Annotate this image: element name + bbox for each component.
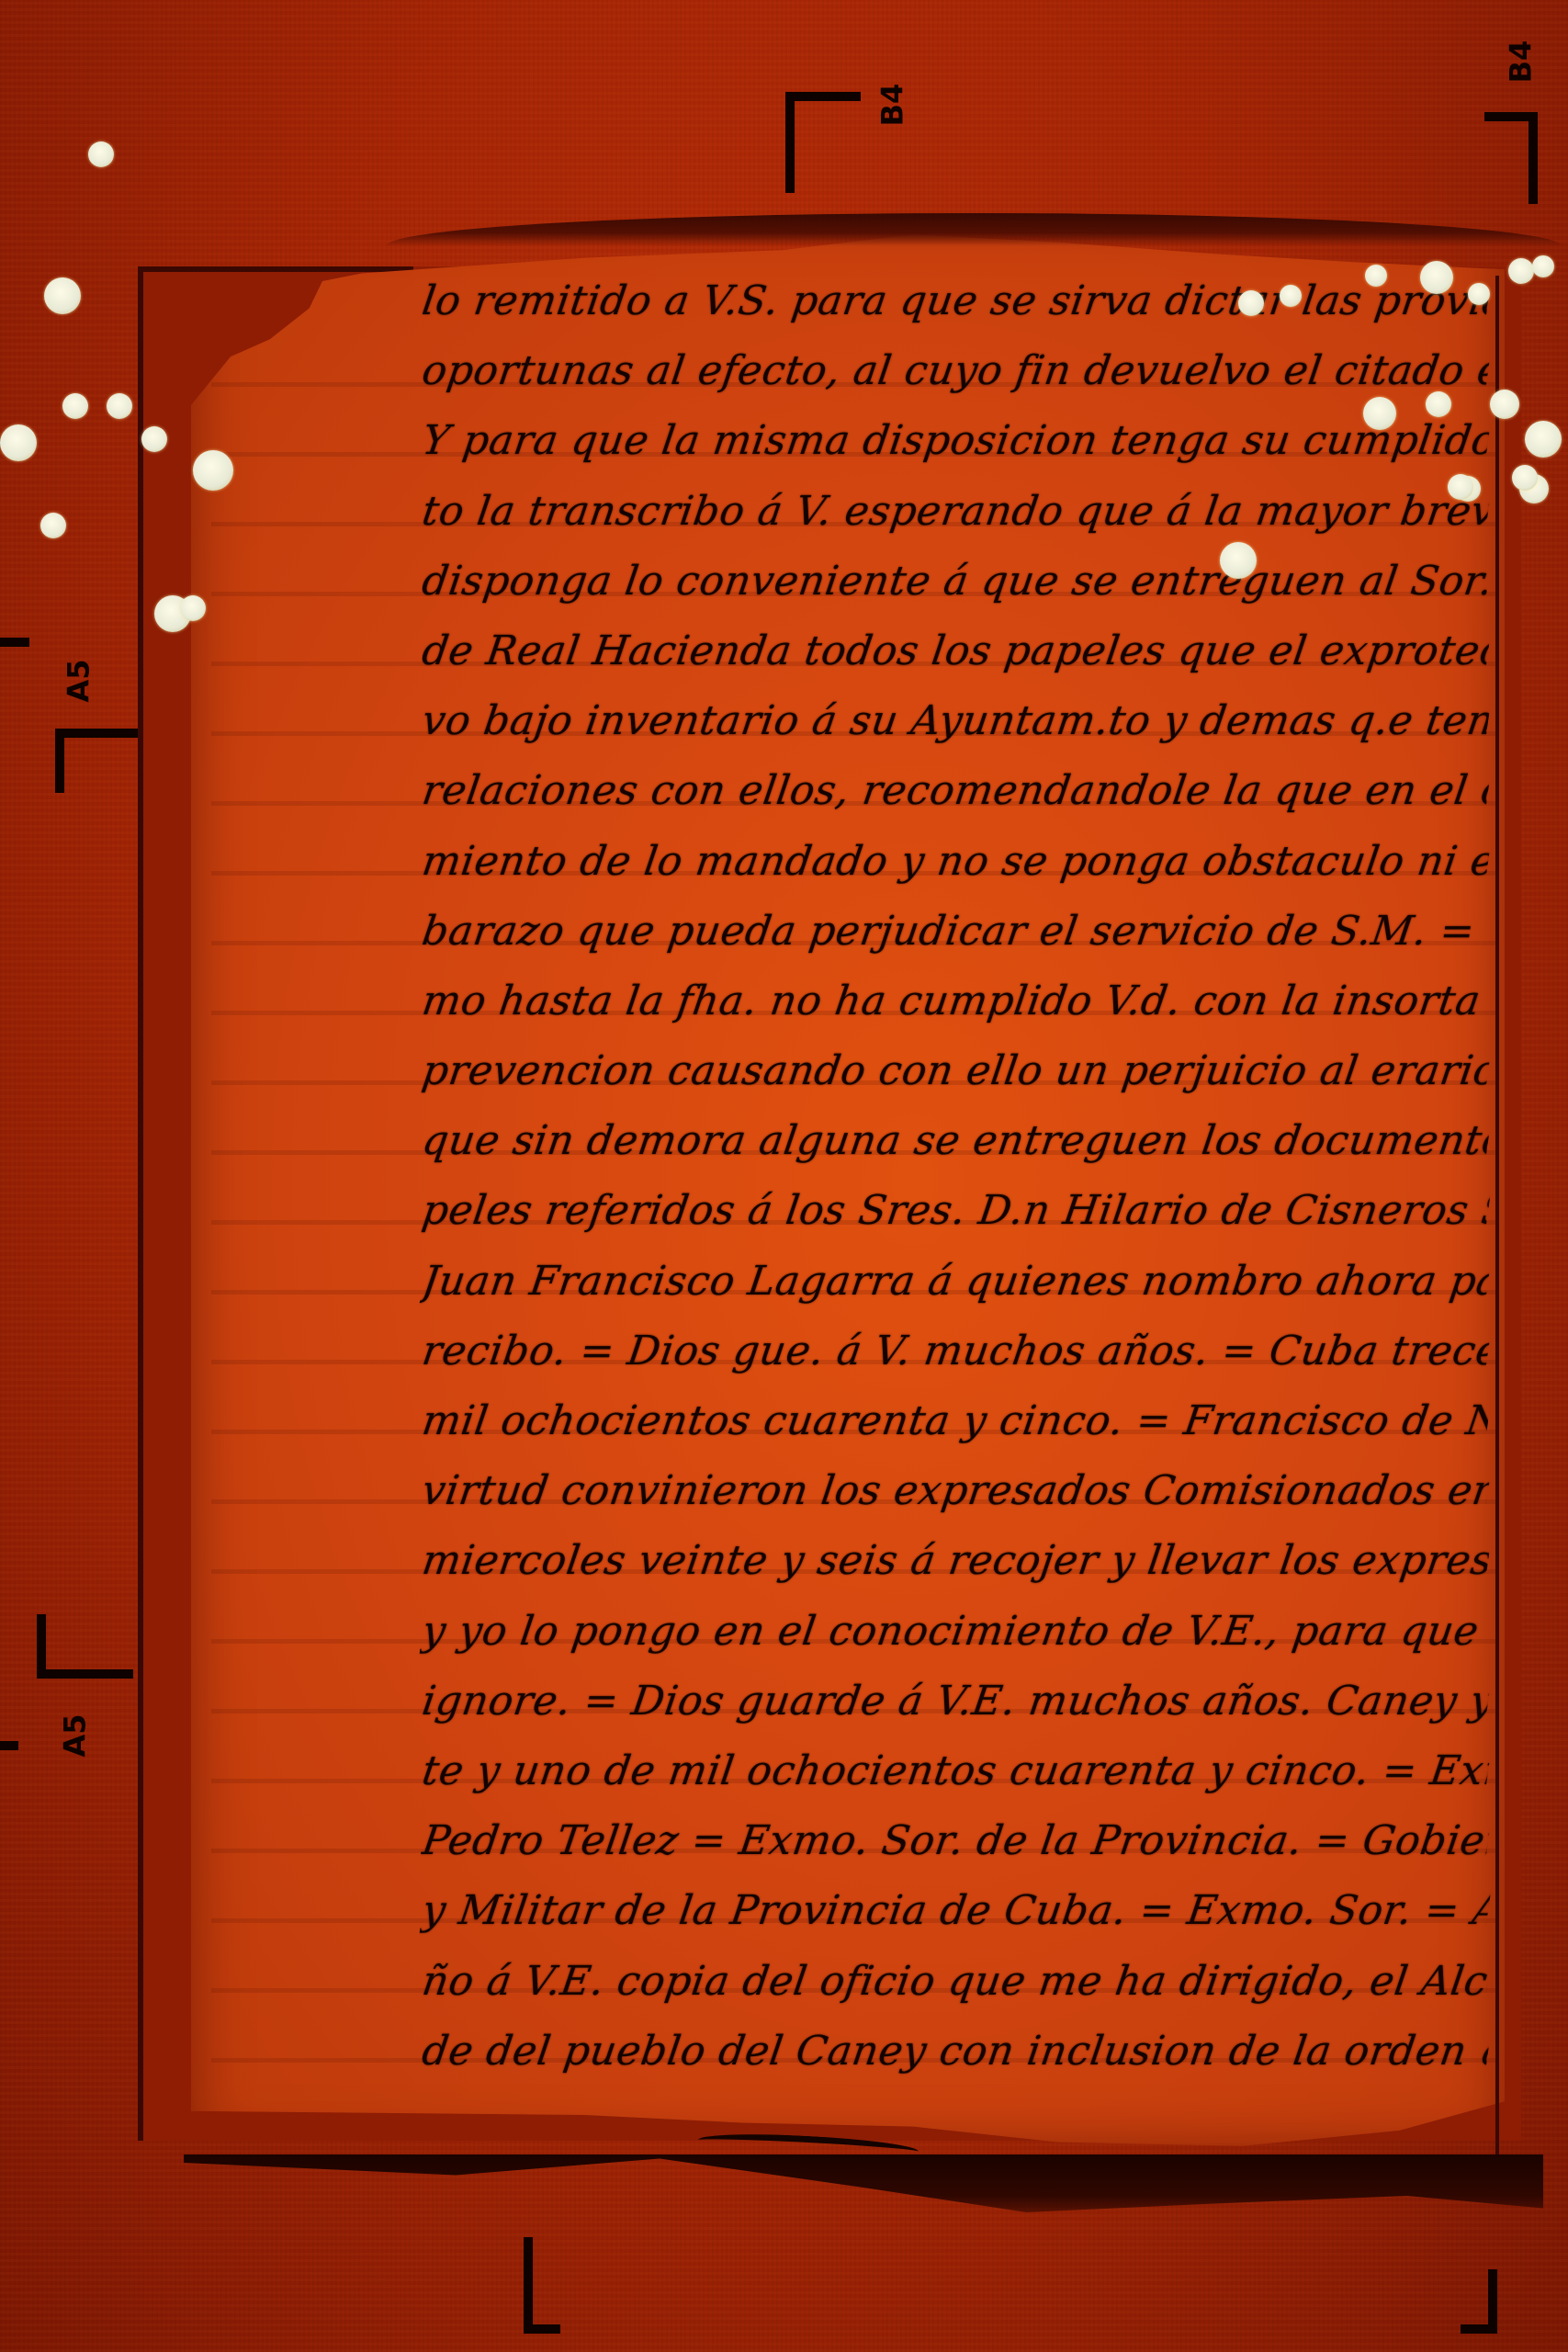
manuscript-text: lo remitido a V.S. para que se sirva dic… bbox=[423, 266, 1488, 2086]
dust-speck bbox=[1532, 255, 1554, 277]
page-right-edge bbox=[1495, 276, 1499, 2168]
crop-mark-left-lower bbox=[37, 1614, 133, 1679]
dust-speck bbox=[1508, 258, 1534, 284]
manuscript-line: lo remitido a V.S. para que se sirva dic… bbox=[418, 266, 1494, 336]
dust-speck bbox=[1490, 390, 1519, 419]
manuscript-line: de Real Hacienda todos los papeles que e… bbox=[418, 616, 1494, 686]
dust-speck bbox=[1220, 542, 1257, 579]
manuscript-line: to la transcribo á V. esperando que á la… bbox=[418, 477, 1494, 547]
mark-label-top-right: B4 bbox=[1503, 40, 1538, 84]
manuscript-line: miercoles veinte y seis á recojer y llev… bbox=[418, 1526, 1494, 1596]
manuscript-line: disponga lo conveniente á que se entregu… bbox=[418, 547, 1494, 616]
manuscript-line: barazo que pueda perjudicar el servicio … bbox=[418, 897, 1494, 967]
dust-speck bbox=[1512, 465, 1538, 491]
manuscript-line: relaciones con ellos, recomendandole la … bbox=[418, 756, 1494, 826]
manuscript-line: mo hasta la fha. no ha cumplido V.d. con… bbox=[418, 967, 1494, 1036]
manuscript-line: Juan Francisco Lagarra á quienes nombro … bbox=[418, 1247, 1494, 1317]
manuscript-line: recibo. = Dios gue. á V. muchos años. = … bbox=[418, 1317, 1494, 1386]
manuscript-line: mil ochocientos cuarenta y cinco. = Fran… bbox=[418, 1386, 1494, 1456]
manuscript-line: prevencion causando con ello un perjuici… bbox=[418, 1036, 1494, 1106]
page-top-shadow bbox=[386, 213, 1562, 246]
dust-speck bbox=[1238, 290, 1264, 316]
crop-mark-left-upper bbox=[55, 729, 138, 793]
manuscript-line: que sin demora alguna se entreguen los d… bbox=[418, 1106, 1494, 1176]
crop-mark-bottom-right bbox=[1461, 2269, 1497, 2334]
dust-speck bbox=[141, 426, 167, 452]
dust-speck bbox=[1420, 261, 1453, 294]
dust-speck bbox=[1525, 421, 1562, 458]
manuscript-line: ño á V.E. copia del oficio que me ha dir… bbox=[418, 1947, 1494, 2017]
mark-label-top-left: B4 bbox=[874, 84, 909, 127]
dust-speck bbox=[1468, 283, 1490, 305]
manuscript-line: Y para que la misma disposicion tenga su… bbox=[418, 406, 1494, 476]
dust-speck bbox=[193, 450, 233, 491]
manuscript-line: vo bajo inventario á su Ayuntam.to y dem… bbox=[418, 686, 1494, 756]
crop-mark-bottom-left bbox=[524, 2237, 560, 2334]
dust-speck bbox=[88, 141, 114, 167]
edge-tick-upper bbox=[0, 638, 29, 647]
dust-speck bbox=[40, 513, 66, 538]
manuscript-line: peles referidos á los Sres. D.n Hilario … bbox=[418, 1176, 1494, 1246]
manuscript-line: y yo lo pongo en el conocimiento de V.E.… bbox=[418, 1597, 1494, 1667]
dust-speck bbox=[62, 393, 88, 419]
dust-speck bbox=[1448, 474, 1473, 500]
mark-label-left-upper: A5 bbox=[62, 659, 96, 702]
manuscript-line: de del pueblo del Caney con inclusion de… bbox=[418, 2017, 1494, 2086]
dust-speck bbox=[44, 277, 81, 314]
manuscript-line: oportunas al efecto, al cuyo fin devuelv… bbox=[418, 336, 1494, 406]
dust-speck bbox=[1426, 391, 1451, 417]
edge-tick-lower bbox=[0, 1741, 18, 1750]
manuscript-line: te y uno de mil ochocientos cuarenta y c… bbox=[418, 1736, 1494, 1806]
manuscript-line: ignore. = Dios guarde á V.E. muchos años… bbox=[418, 1667, 1494, 1736]
crop-mark-top-right bbox=[1484, 112, 1538, 204]
manuscript-line: Pedro Tellez = Exmo. Sor. de la Provinci… bbox=[418, 1806, 1494, 1876]
dust-speck bbox=[0, 424, 37, 461]
dust-speck bbox=[1363, 397, 1396, 430]
dust-speck bbox=[180, 595, 206, 621]
manuscript-line: virtud convinieron los expresados Comisi… bbox=[418, 1456, 1494, 1526]
crop-mark-top-left bbox=[785, 92, 861, 193]
dust-speck bbox=[107, 393, 132, 419]
mark-label-left-lower: A5 bbox=[58, 1713, 93, 1757]
dust-speck bbox=[1280, 285, 1302, 307]
dust-speck bbox=[1365, 265, 1387, 287]
page-bottom-shadow bbox=[184, 2154, 1543, 2237]
manuscript-line: miento de lo mandado y no se ponga obsta… bbox=[418, 827, 1494, 897]
manuscript-line: y Militar de la Provincia de Cuba. = Exm… bbox=[418, 1876, 1494, 1946]
